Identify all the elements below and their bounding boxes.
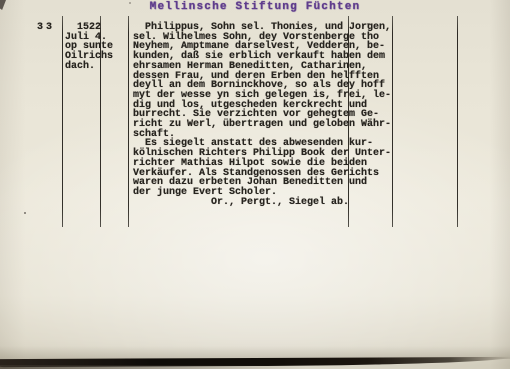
date-column: 1522 Juli 4. op sunte Oilrichs dach. <box>65 23 113 72</box>
photo-speck <box>24 212 26 214</box>
column-rule <box>457 16 458 227</box>
column-rule <box>392 16 393 227</box>
entry-number: 33 <box>37 23 55 33</box>
card-title: Mellinsche Stiftung Füchten <box>0 1 510 13</box>
archive-card-photo: Mellinsche Stiftung Füchten 33 1522 Juli… <box>0 0 510 369</box>
column-rule <box>62 16 63 227</box>
photo-speck <box>129 2 131 4</box>
column-rule <box>128 16 129 227</box>
entry-text: Philippus, Sohn sel. Thonies, und Jorgen… <box>133 23 391 207</box>
photo-edge-bottom <box>0 365 306 369</box>
